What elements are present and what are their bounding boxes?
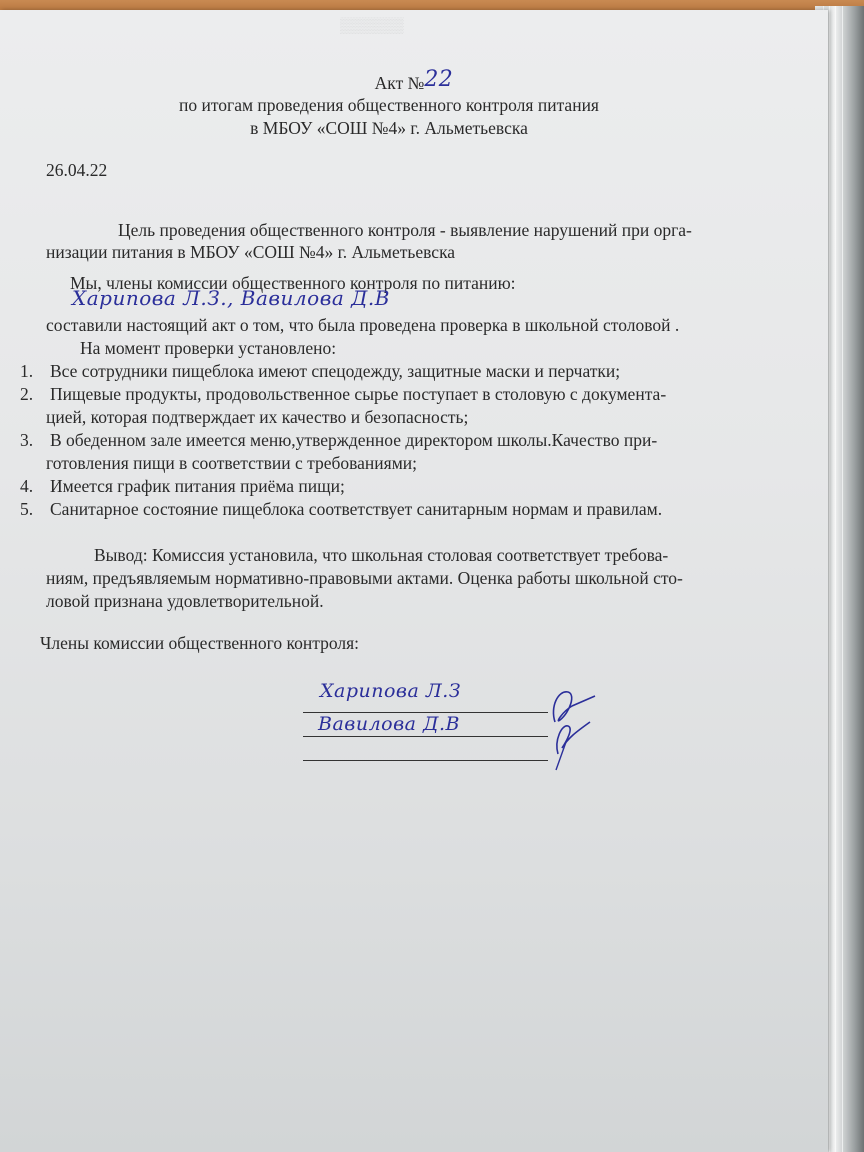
signature-mark-icon xyxy=(510,682,610,772)
findings-intro: На момент проверки установлено: xyxy=(80,337,336,359)
finding-1-text: Все сотрудники пищеблока имеют спецодежд… xyxy=(50,360,620,382)
finding-2-number: 2. xyxy=(20,383,33,405)
statement: составили настоящий акт о том, что была … xyxy=(46,314,679,336)
act-number-handwritten: 22 xyxy=(424,67,453,92)
finding-5-text: Санитарное состояние пищеблока соответст… xyxy=(50,498,662,520)
signature-name-1: Харипова Л.З xyxy=(320,680,461,702)
act-subtitle-line1: по итогам проведения общественного контр… xyxy=(0,94,778,116)
finding-2-text: Пищевые продукты, продовольственное сырь… xyxy=(50,383,666,405)
finding-3-text-cont: готовления пищи в соответствии с требова… xyxy=(46,452,417,474)
finding-3-text: В обеденном зале имеется меню,утвержденн… xyxy=(50,429,657,451)
conclusion-line2: ниям, предъявляемым нормативно-правовыми… xyxy=(46,567,683,589)
conclusion-line1: Вывод: Комиссия установила, что школьная… xyxy=(94,544,668,566)
finding-5-number: 5. xyxy=(20,498,33,520)
signature-name-2: Вавилова Д.В xyxy=(318,713,460,735)
act-date: 26.04.22 xyxy=(46,159,107,181)
members-handwritten: Харипова Л.З., Вавилова Д.В xyxy=(72,286,390,310)
purpose-line2: низации питания в МБОУ «СОШ №4» г. Альме… xyxy=(46,241,455,263)
signatories-label: Члены комиссии общественного контроля: xyxy=(40,632,359,654)
finding-1-number: 1. xyxy=(20,360,33,382)
finding-2-text-cont: цией, которая подтверждает их качество и… xyxy=(46,406,468,428)
conclusion-line3: ловой признана удовлетворительной. xyxy=(46,590,324,612)
finding-4-text: Имеется график питания приёма пищи; xyxy=(50,475,345,497)
act-title: Акт №22 xyxy=(0,72,828,94)
document-page: ▒▒▒▒▒▒ Акт №22 по итогам проведения обще… xyxy=(0,10,828,1152)
finding-4-number: 4. xyxy=(20,475,33,497)
show-through-text: ▒▒▒▒▒▒ xyxy=(340,18,404,35)
purpose-line1: Цель проведения общественного контроля -… xyxy=(118,219,692,241)
act-subtitle-line2: в МБОУ «СОШ №4» г. Альметьевска xyxy=(0,117,778,139)
finding-3-number: 3. xyxy=(20,429,33,451)
